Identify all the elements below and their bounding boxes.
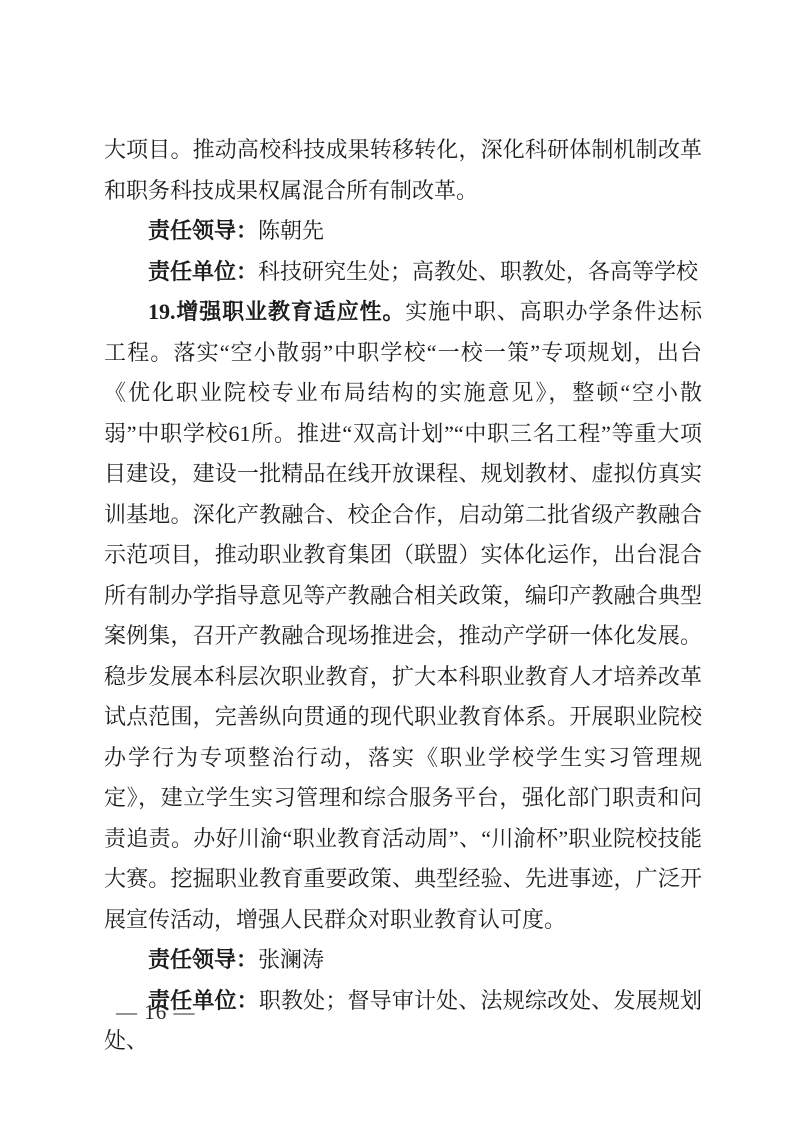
numbered-item-19: 19.增强职业教育适应性。实施中职、高职办学条件达标工程。落实“空小散弱”中职学… <box>104 292 702 940</box>
paragraph-text: 大项目。推动高校科技成果转移转化，深化科研体制机制改革和职务科技成果权属混合所有… <box>104 137 702 203</box>
responsible-leader-value-1: 陈朝先 <box>258 218 324 243</box>
page-number-text: — 16 — <box>116 1000 196 1024</box>
numbered-item-heading: 19.增强职业教育适应性。 <box>148 299 405 324</box>
paragraph-continuation: 大项目。推动高校科技成果转移转化，深化科研体制机制改革和职务科技成果权属混合所有… <box>104 130 702 211</box>
responsible-leader-value-2: 张澜涛 <box>258 947 324 972</box>
document-page: 大项目。推动高校科技成果转移转化，深化科研体制机制改革和职务科技成果权属混合所有… <box>0 0 793 1122</box>
numbered-item-text: 实施中职、高职办学条件达标工程。落实“空小散弱”中职学校“一校一策”专项规划，出… <box>104 299 702 932</box>
responsible-leader-label-1: 责任领导： <box>148 218 258 243</box>
responsible-unit-line-1: 责任单位：科技研究生处；高教处、职教处，各高等学校 <box>104 252 702 293</box>
responsible-leader-label-2: 责任领导： <box>148 947 258 972</box>
responsible-leader-line-1: 责任领导：陈朝先 <box>104 211 702 252</box>
responsible-leader-line-2: 责任领导：张澜涛 <box>104 940 702 981</box>
page-number: — 16 — <box>116 1000 196 1025</box>
responsible-unit-value-1: 科技研究生处；高教处、职教处，各高等学校 <box>258 259 698 284</box>
document-body: 大项目。推动高校科技成果转移转化，深化科研体制机制改革和职务科技成果权属混合所有… <box>104 130 702 1062</box>
responsible-unit-label-1: 责任单位： <box>148 259 258 284</box>
